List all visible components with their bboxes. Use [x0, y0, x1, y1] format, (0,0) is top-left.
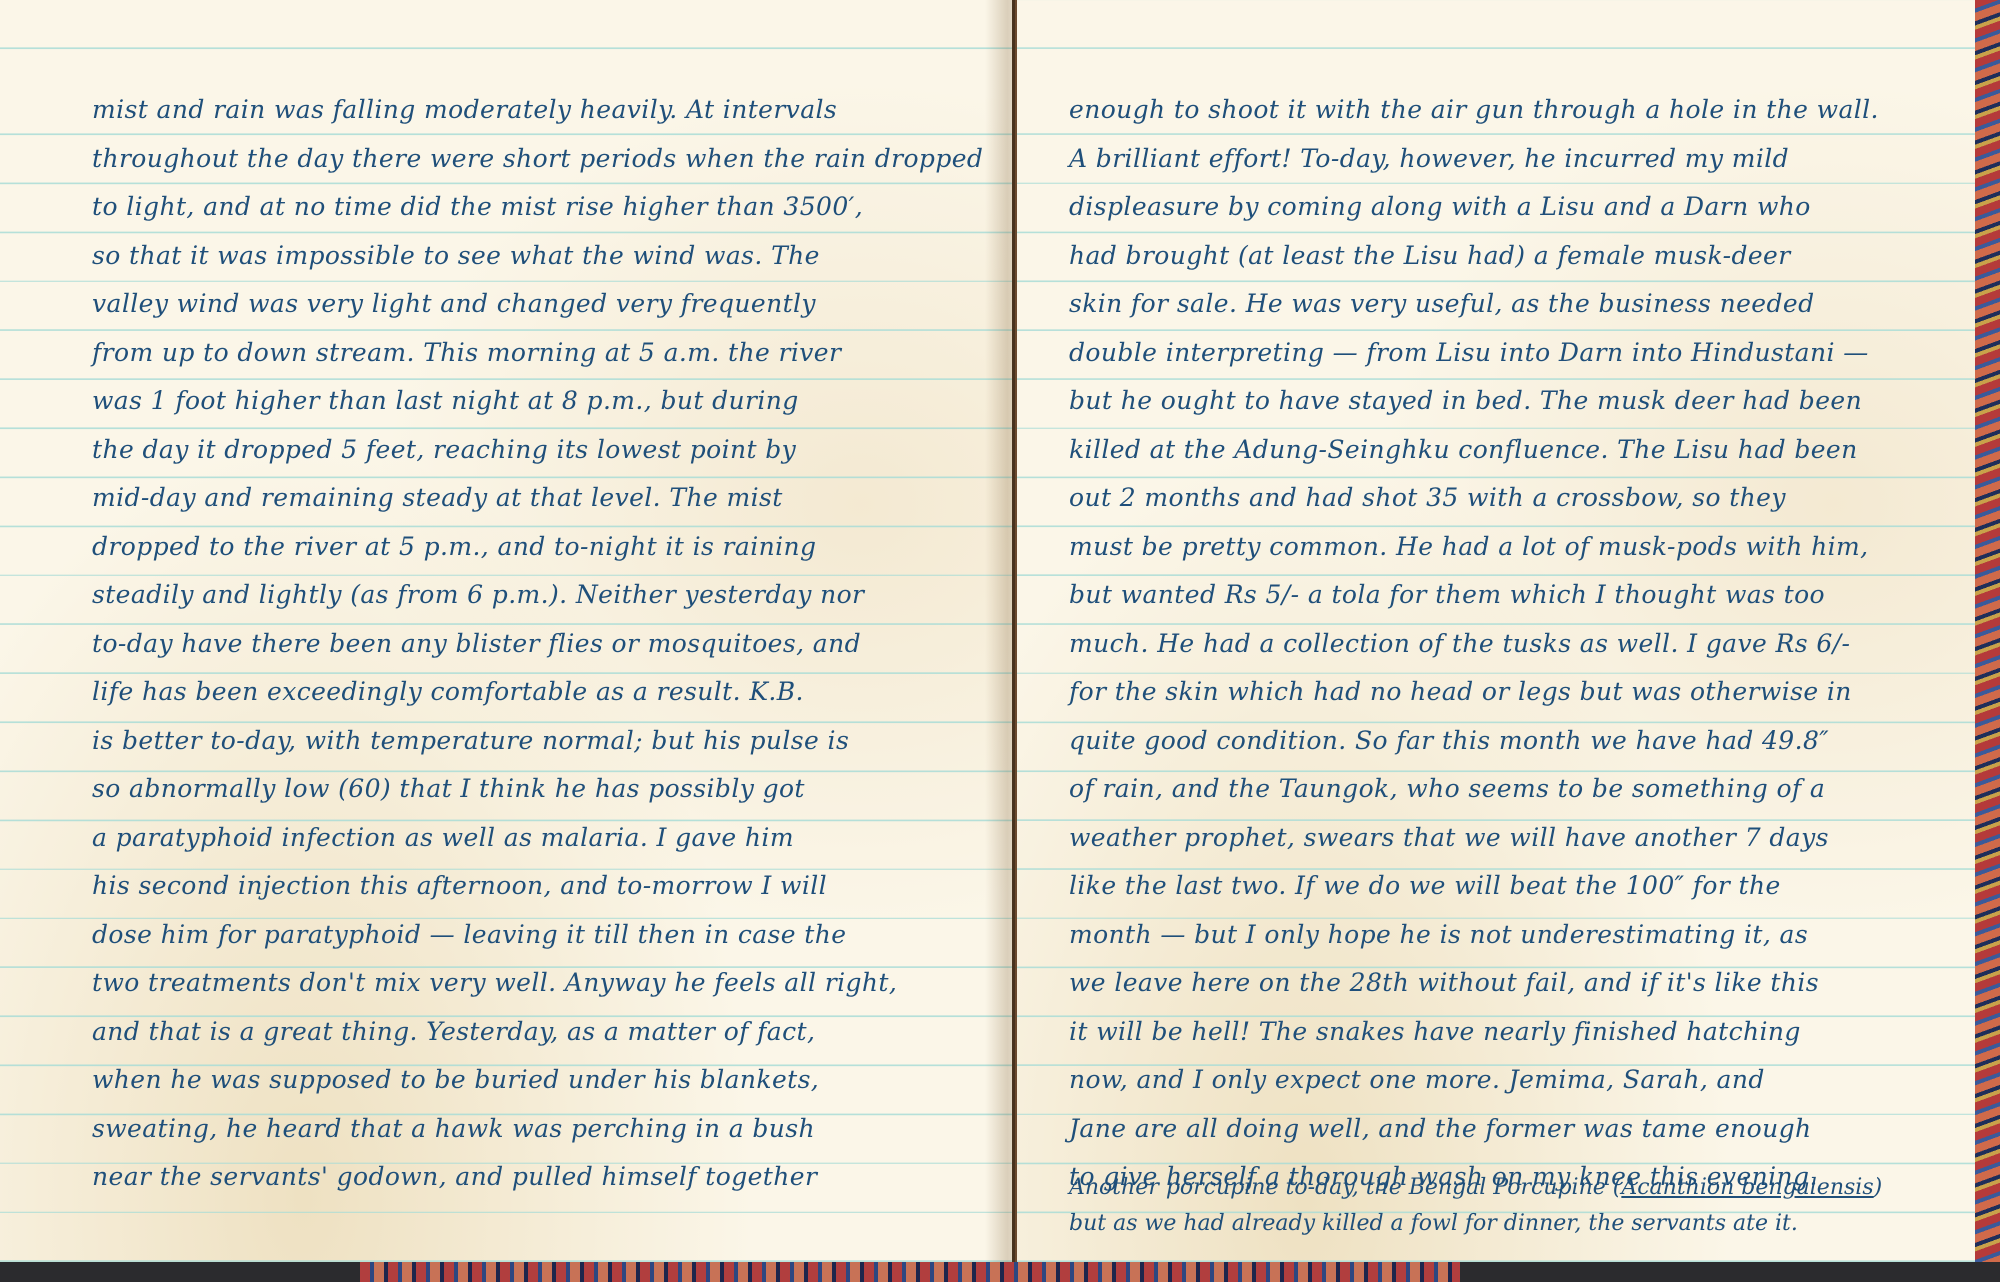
- text-line: must be pretty common. He had a lot of m…: [1069, 523, 1977, 572]
- text-line: displeasure by coming along with a Lisu …: [1069, 183, 1977, 232]
- text-line: sweating, he heard that a hawk was perch…: [92, 1105, 1012, 1154]
- text-line: skin for sale. He was very useful, as th…: [1069, 280, 1977, 329]
- text-line: dose him for paratyphoid — leaving it ti…: [92, 911, 1012, 960]
- text-line: life has been exceedingly comfortable as…: [92, 668, 1012, 717]
- text-line: like the last two. If we do we will beat…: [1069, 862, 1977, 911]
- text-line: to-day have there been any blister flies…: [92, 620, 1012, 669]
- text-line: and that is a great thing. Yesterday, as…: [92, 1008, 1012, 1057]
- text-line: was 1 foot higher than last night at 8 p…: [92, 377, 1012, 426]
- text-line: we leave here on the 28th without fail, …: [1069, 959, 1977, 1008]
- text-line: Jane are all doing well, and the former …: [1069, 1105, 1977, 1154]
- text-line: weather prophet, swears that we will hav…: [1069, 814, 1977, 863]
- text-line: enough to shoot it with the air gun thro…: [1069, 86, 1977, 135]
- text-line: out 2 months and had shot 35 with a cros…: [1069, 474, 1977, 523]
- latin-name: Acanthion bengalensis: [1621, 1175, 1873, 1200]
- text-line: now, and I only expect one more. Jemima,…: [1069, 1056, 1977, 1105]
- postscript-line: but as we had already killed a fowl for …: [1069, 1206, 1977, 1242]
- text-line: valley wind was very light and changed v…: [92, 280, 1012, 329]
- text-line: mid-day and remaining steady at that lev…: [92, 474, 1012, 523]
- text-line: but he ought to have stayed in bed. The …: [1069, 377, 1977, 426]
- left-page-text: mist and rain was falling moderately hea…: [92, 86, 1012, 1202]
- text-line: steadily and lightly (as from 6 p.m.). N…: [92, 571, 1012, 620]
- text-line: much. He had a collection of the tusks a…: [1069, 620, 1977, 669]
- text-line: the day it dropped 5 feet, reaching its …: [92, 426, 1012, 475]
- text-line: so that it was impossible to see what th…: [92, 232, 1012, 281]
- text-line: it will be hell! The snakes have nearly …: [1069, 1008, 1977, 1057]
- text-line: for the skin which had no head or legs b…: [1069, 668, 1977, 717]
- notebook-spread: mist and rain was falling moderately hea…: [0, 0, 2000, 1270]
- marbled-edge: [1975, 0, 2000, 1262]
- left-page: mist and rain was falling moderately hea…: [0, 0, 1015, 1262]
- text-line: had brought (at least the Lisu had) a fe…: [1069, 232, 1977, 281]
- text-line: quite good condition. So far this month …: [1069, 717, 1977, 766]
- postscript-line: Another porcupine to-day, the Bengal Por…: [1069, 1170, 1977, 1206]
- text-line: to light, and at no time did the mist ri…: [92, 183, 1012, 232]
- marbled-endpaper: [360, 1262, 1460, 1282]
- text-line: of rain, and the Taungok, who seems to b…: [1069, 765, 1977, 814]
- text-line: killed at the Adung-Seinghku confluence.…: [1069, 426, 1977, 475]
- right-page-text: enough to shoot it with the air gun thro…: [1069, 86, 1977, 1202]
- postscript-text: Another porcupine to-day, the Bengal Por…: [1069, 1175, 1621, 1200]
- text-line: near the servants' godown, and pulled hi…: [92, 1153, 1012, 1202]
- text-line: his second injection this afternoon, and…: [92, 862, 1012, 911]
- text-line: month — but I only hope he is not undere…: [1069, 911, 1977, 960]
- text-line: from up to down stream. This morning at …: [92, 329, 1012, 378]
- text-line: throughout the day there were short peri…: [92, 135, 1012, 184]
- text-line: is better to-day, with temperature norma…: [92, 717, 1012, 766]
- text-line: dropped to the river at 5 p.m., and to-n…: [92, 523, 1012, 572]
- text-line: a paratyphoid infection as well as malar…: [92, 814, 1012, 863]
- postscript: Another porcupine to-day, the Bengal Por…: [1069, 1170, 1977, 1242]
- text-line: so abnormally low (60) that I think he h…: [92, 765, 1012, 814]
- postscript-text: ): [1874, 1175, 1883, 1200]
- text-line: mist and rain was falling moderately hea…: [92, 86, 1012, 135]
- text-line: A brilliant effort! To-day, however, he …: [1069, 135, 1977, 184]
- right-page: enough to shoot it with the air gun thro…: [1015, 0, 1977, 1262]
- text-line: but wanted Rs 5/- a tola for them which …: [1069, 571, 1977, 620]
- text-line: two treatments don't mix very well. Anyw…: [92, 959, 1012, 1008]
- text-line: double interpreting — from Lisu into Dar…: [1069, 329, 1977, 378]
- text-line: when he was supposed to be buried under …: [92, 1056, 1012, 1105]
